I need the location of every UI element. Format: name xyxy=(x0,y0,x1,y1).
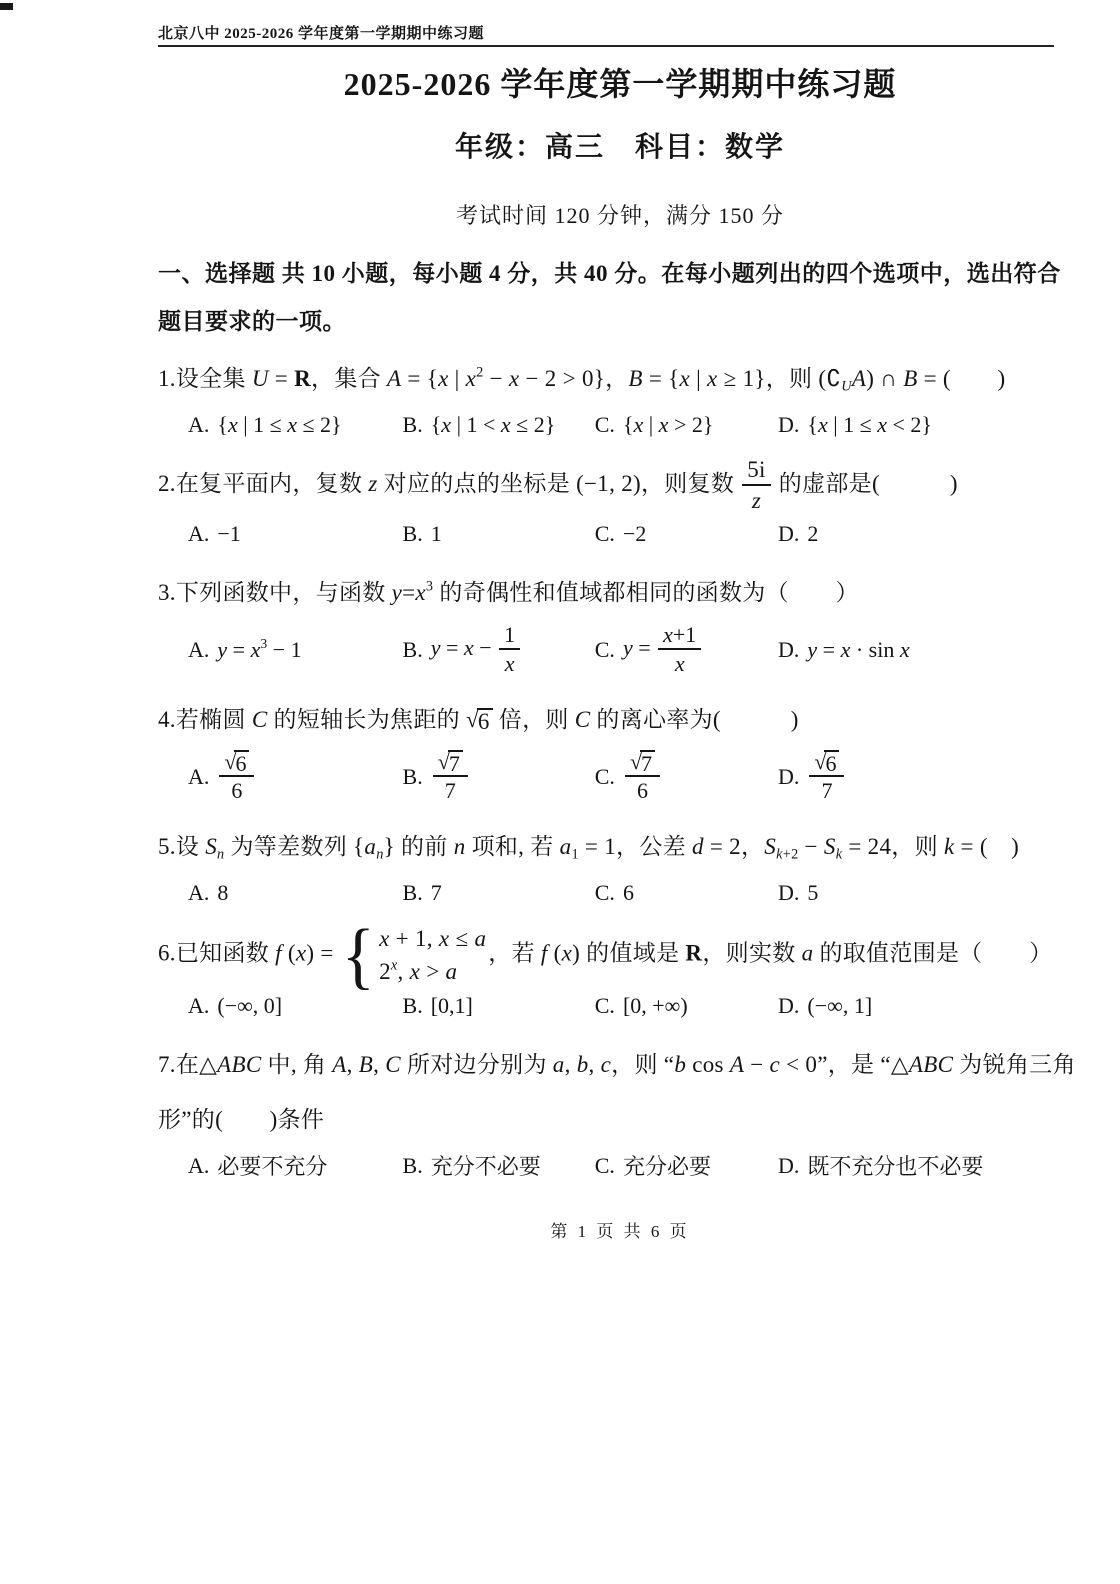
question-stem: 3.下列函数中，与函数 y=x3 的奇偶性和值域都相同的函数为（ ） xyxy=(158,565,1082,620)
option-content: 1 xyxy=(431,521,442,547)
option-content: (−∞, 0] xyxy=(217,993,282,1019)
option-content: (−∞, 1] xyxy=(807,993,872,1019)
option-content: [0, +∞) xyxy=(623,993,688,1019)
question-5-option-D: D.5 xyxy=(778,876,1082,910)
question-3: 3.下列函数中，与函数 y=x3 的奇偶性和值域都相同的函数为（ ） A.y =… xyxy=(158,565,1082,678)
option-label: A. xyxy=(188,993,209,1019)
question-stem: 6.已知函数 f (x) = {x + 1, x ≤ a2x, x > a，若 … xyxy=(158,924,1082,987)
option-label: C. xyxy=(595,1153,615,1179)
question-stem: 4.若椭圆 C 的短轴长为焦距的 √6 倍，则 C 的离心率为( ) xyxy=(158,692,1082,747)
option-label: D. xyxy=(778,412,799,438)
option-label: A. xyxy=(188,637,209,663)
option-content: √77 xyxy=(431,749,470,805)
option-label: D. xyxy=(778,1153,799,1179)
question-1-option-C: C.{x | x > 2} xyxy=(595,408,778,442)
option-label: B. xyxy=(403,764,423,790)
radical: √6 xyxy=(466,708,493,734)
question-options: A.√66B.√77C.√76D.√67 xyxy=(158,749,1082,805)
fraction: √67 xyxy=(807,749,846,805)
question-2: 2.在复平面内，复数 z 对应的点的坐标是 (−1, 2)，则复数 5iz 的虚… xyxy=(158,456,1082,551)
option-content: 7 xyxy=(431,880,442,906)
option-content: 8 xyxy=(217,880,228,906)
question-stem: 1.设全集 U = R，集合 A = {x | x2 − x − 2 > 0}，… xyxy=(158,351,1082,406)
question-1-option-B: B.{x | 1 < x ≤ 2} xyxy=(403,408,595,442)
question-3-option-D: D.y = x · sin x xyxy=(778,633,1082,667)
option-label: B. xyxy=(403,993,423,1019)
option-content: {x | x > 2} xyxy=(623,412,713,438)
question-list: 1.设全集 U = R，集合 A = {x | x2 − x − 2 > 0}，… xyxy=(158,351,1082,1183)
question-stem: 2.在复平面内，复数 z 对应的点的坐标是 (−1, 2)，则复数 5iz 的虚… xyxy=(158,456,1082,515)
question-4-option-A: A.√66 xyxy=(188,749,403,805)
question-options: A.{x | 1 ≤ x ≤ 2}B.{x | 1 < x ≤ 2}C.{x |… xyxy=(158,408,1082,442)
question-7-option-B: B.充分不必要 xyxy=(403,1149,595,1183)
exam-info: 考试时间 120 分钟，满分 150 分 xyxy=(158,199,1082,230)
page-header: 北京八中 2025-2026 学年度第一学期期中练习题 xyxy=(158,14,1082,47)
option-label: B. xyxy=(403,521,423,547)
fraction: √77 xyxy=(431,749,470,805)
option-label: C. xyxy=(595,993,615,1019)
question-options: A.(−∞, 0]B.[0,1]C.[0, +∞)D.(−∞, 1] xyxy=(158,989,1082,1023)
option-content: 既不充分也不必要 xyxy=(807,1150,983,1181)
option-label: B. xyxy=(403,637,423,663)
question-stem: 5.设 Sn 为等差数列 {an} 的前 n 项和, 若 a1 = 1，公差 d… xyxy=(158,819,1082,874)
option-content: y = x · sin x xyxy=(807,637,909,663)
question-4-option-D: D.√67 xyxy=(778,749,1082,805)
question-options: A.y = x3 − 1B.y = x − 1xC.y = x+1xD.y = … xyxy=(158,622,1082,678)
option-label: B. xyxy=(403,880,423,906)
radical: √7 xyxy=(630,750,655,775)
question-5-option-B: B.7 xyxy=(403,876,595,910)
question-3-option-B: B.y = x − 1x xyxy=(403,622,595,678)
option-label: C. xyxy=(595,880,615,906)
question-5: 5.设 Sn 为等差数列 {an} 的前 n 项和, 若 a1 = 1，公差 d… xyxy=(158,819,1082,910)
question-1-option-D: D.{x | 1 ≤ x < 2} xyxy=(778,408,1082,442)
question-2-option-A: A.−1 xyxy=(188,517,403,551)
header-rule xyxy=(158,45,1054,47)
question-2-option-B: B.1 xyxy=(403,517,595,551)
option-content: √76 xyxy=(623,749,662,805)
option-label: D. xyxy=(778,637,799,663)
exam-title: 2025-2026 学年度第一学期期中练习题 xyxy=(158,59,1082,105)
option-label: D. xyxy=(778,521,799,547)
question-7: 7.在△ABC 中, 角 A, B, C 所对边分别为 a, b, c，则 “b… xyxy=(158,1037,1082,1183)
fraction: √66 xyxy=(217,749,256,805)
fraction: √76 xyxy=(623,749,662,805)
question-2-option-D: D.2 xyxy=(778,517,1082,551)
option-label: C. xyxy=(595,637,615,663)
radical: √6 xyxy=(814,750,839,775)
option-label: D. xyxy=(778,764,799,790)
option-label: D. xyxy=(778,993,799,1019)
question-4: 4.若椭圆 C 的短轴长为焦距的 √6 倍，则 C 的离心率为( ) A.√66… xyxy=(158,692,1082,805)
option-content: 必要不充分 xyxy=(217,1150,327,1181)
option-label: A. xyxy=(188,1153,209,1179)
option-content: {x | 1 ≤ x < 2} xyxy=(807,412,932,438)
radical: √6 xyxy=(224,750,249,775)
option-content: √67 xyxy=(807,749,846,805)
option-content: 5 xyxy=(807,880,818,906)
question-7-option-A: A.必要不充分 xyxy=(188,1149,403,1183)
option-label: C. xyxy=(595,521,615,547)
option-content: −2 xyxy=(623,521,646,547)
question-6: 6.已知函数 f (x) = {x + 1, x ≤ a2x, x > a，若 … xyxy=(158,924,1082,1023)
option-label: B. xyxy=(403,1153,423,1179)
option-label: A. xyxy=(188,521,209,547)
question-stem: 7.在△ABC 中, 角 A, B, C 所对边分别为 a, b, c，则 “b… xyxy=(158,1037,1082,1147)
option-label: D. xyxy=(778,880,799,906)
exam-subtitle: 年级：高三 科目：数学 xyxy=(158,125,1082,165)
option-content: 充分不必要 xyxy=(431,1150,541,1181)
question-options: A.8B.7C.6D.5 xyxy=(158,876,1082,910)
question-5-option-A: A.8 xyxy=(188,876,403,910)
option-content: {x | 1 ≤ x ≤ 2} xyxy=(217,412,341,438)
option-content: {x | 1 < x ≤ 2} xyxy=(431,412,556,438)
option-content: −1 xyxy=(217,521,240,547)
option-label: B. xyxy=(403,412,423,438)
option-label: A. xyxy=(188,764,209,790)
question-7-option-D: D.既不充分也不必要 xyxy=(778,1149,1082,1183)
option-content: y = x+1x xyxy=(623,622,703,678)
page-footer: 第 1 页 共 6 页 xyxy=(158,1217,1082,1242)
question-1: 1.设全集 U = R，集合 A = {x | x2 − x − 2 > 0}，… xyxy=(158,351,1082,442)
fraction: 5iz xyxy=(740,456,773,514)
question-6-option-B: B.[0,1] xyxy=(403,989,595,1023)
option-content: 2 xyxy=(807,521,818,547)
option-content: y = x3 − 1 xyxy=(217,637,301,663)
option-label: A. xyxy=(188,412,209,438)
question-6-option-C: C.[0, +∞) xyxy=(595,989,778,1023)
question-3-option-C: C.y = x+1x xyxy=(595,622,778,678)
option-label: C. xyxy=(595,764,615,790)
fraction: 1x xyxy=(497,622,522,678)
header-note: 北京八中 2025-2026 学年度第一学期期中练习题 xyxy=(158,22,484,44)
question-4-option-B: B.√77 xyxy=(403,749,595,805)
scan-artifact-mark xyxy=(0,3,13,10)
option-label: C. xyxy=(595,412,615,438)
option-label: A. xyxy=(188,880,209,906)
question-3-option-A: A.y = x3 − 1 xyxy=(188,633,403,667)
fraction: x+1x xyxy=(656,622,703,678)
question-1-option-A: A.{x | 1 ≤ x ≤ 2} xyxy=(188,408,403,442)
question-7-option-C: C.充分必要 xyxy=(595,1149,778,1183)
question-6-option-D: D.(−∞, 1] xyxy=(778,989,1082,1023)
question-options: A.−1B.1C.−2D.2 xyxy=(158,517,1082,551)
question-4-option-C: C.√76 xyxy=(595,749,778,805)
option-content: [0,1] xyxy=(431,993,473,1019)
option-content: 6 xyxy=(623,880,634,906)
radical: √7 xyxy=(438,750,463,775)
piecewise-function: {x + 1, x ≤ a2x, x > a xyxy=(342,924,487,987)
question-5-option-C: C.6 xyxy=(595,876,778,910)
exam-page: 北京八中 2025-2026 学年度第一学期期中练习题 2025-2026 学年… xyxy=(0,0,1120,1584)
question-2-option-C: C.−2 xyxy=(595,517,778,551)
option-content: 充分必要 xyxy=(623,1150,711,1181)
question-options: A.必要不充分B.充分不必要C.充分必要D.既不充分也不必要 xyxy=(158,1149,1082,1183)
option-content: √66 xyxy=(217,749,256,805)
option-content: y = x − 1x xyxy=(431,622,522,678)
section-heading: 一、选择题 共 10 小题，每小题 4 分，共 40 分。在每小题列出的四个选项… xyxy=(158,250,1082,347)
